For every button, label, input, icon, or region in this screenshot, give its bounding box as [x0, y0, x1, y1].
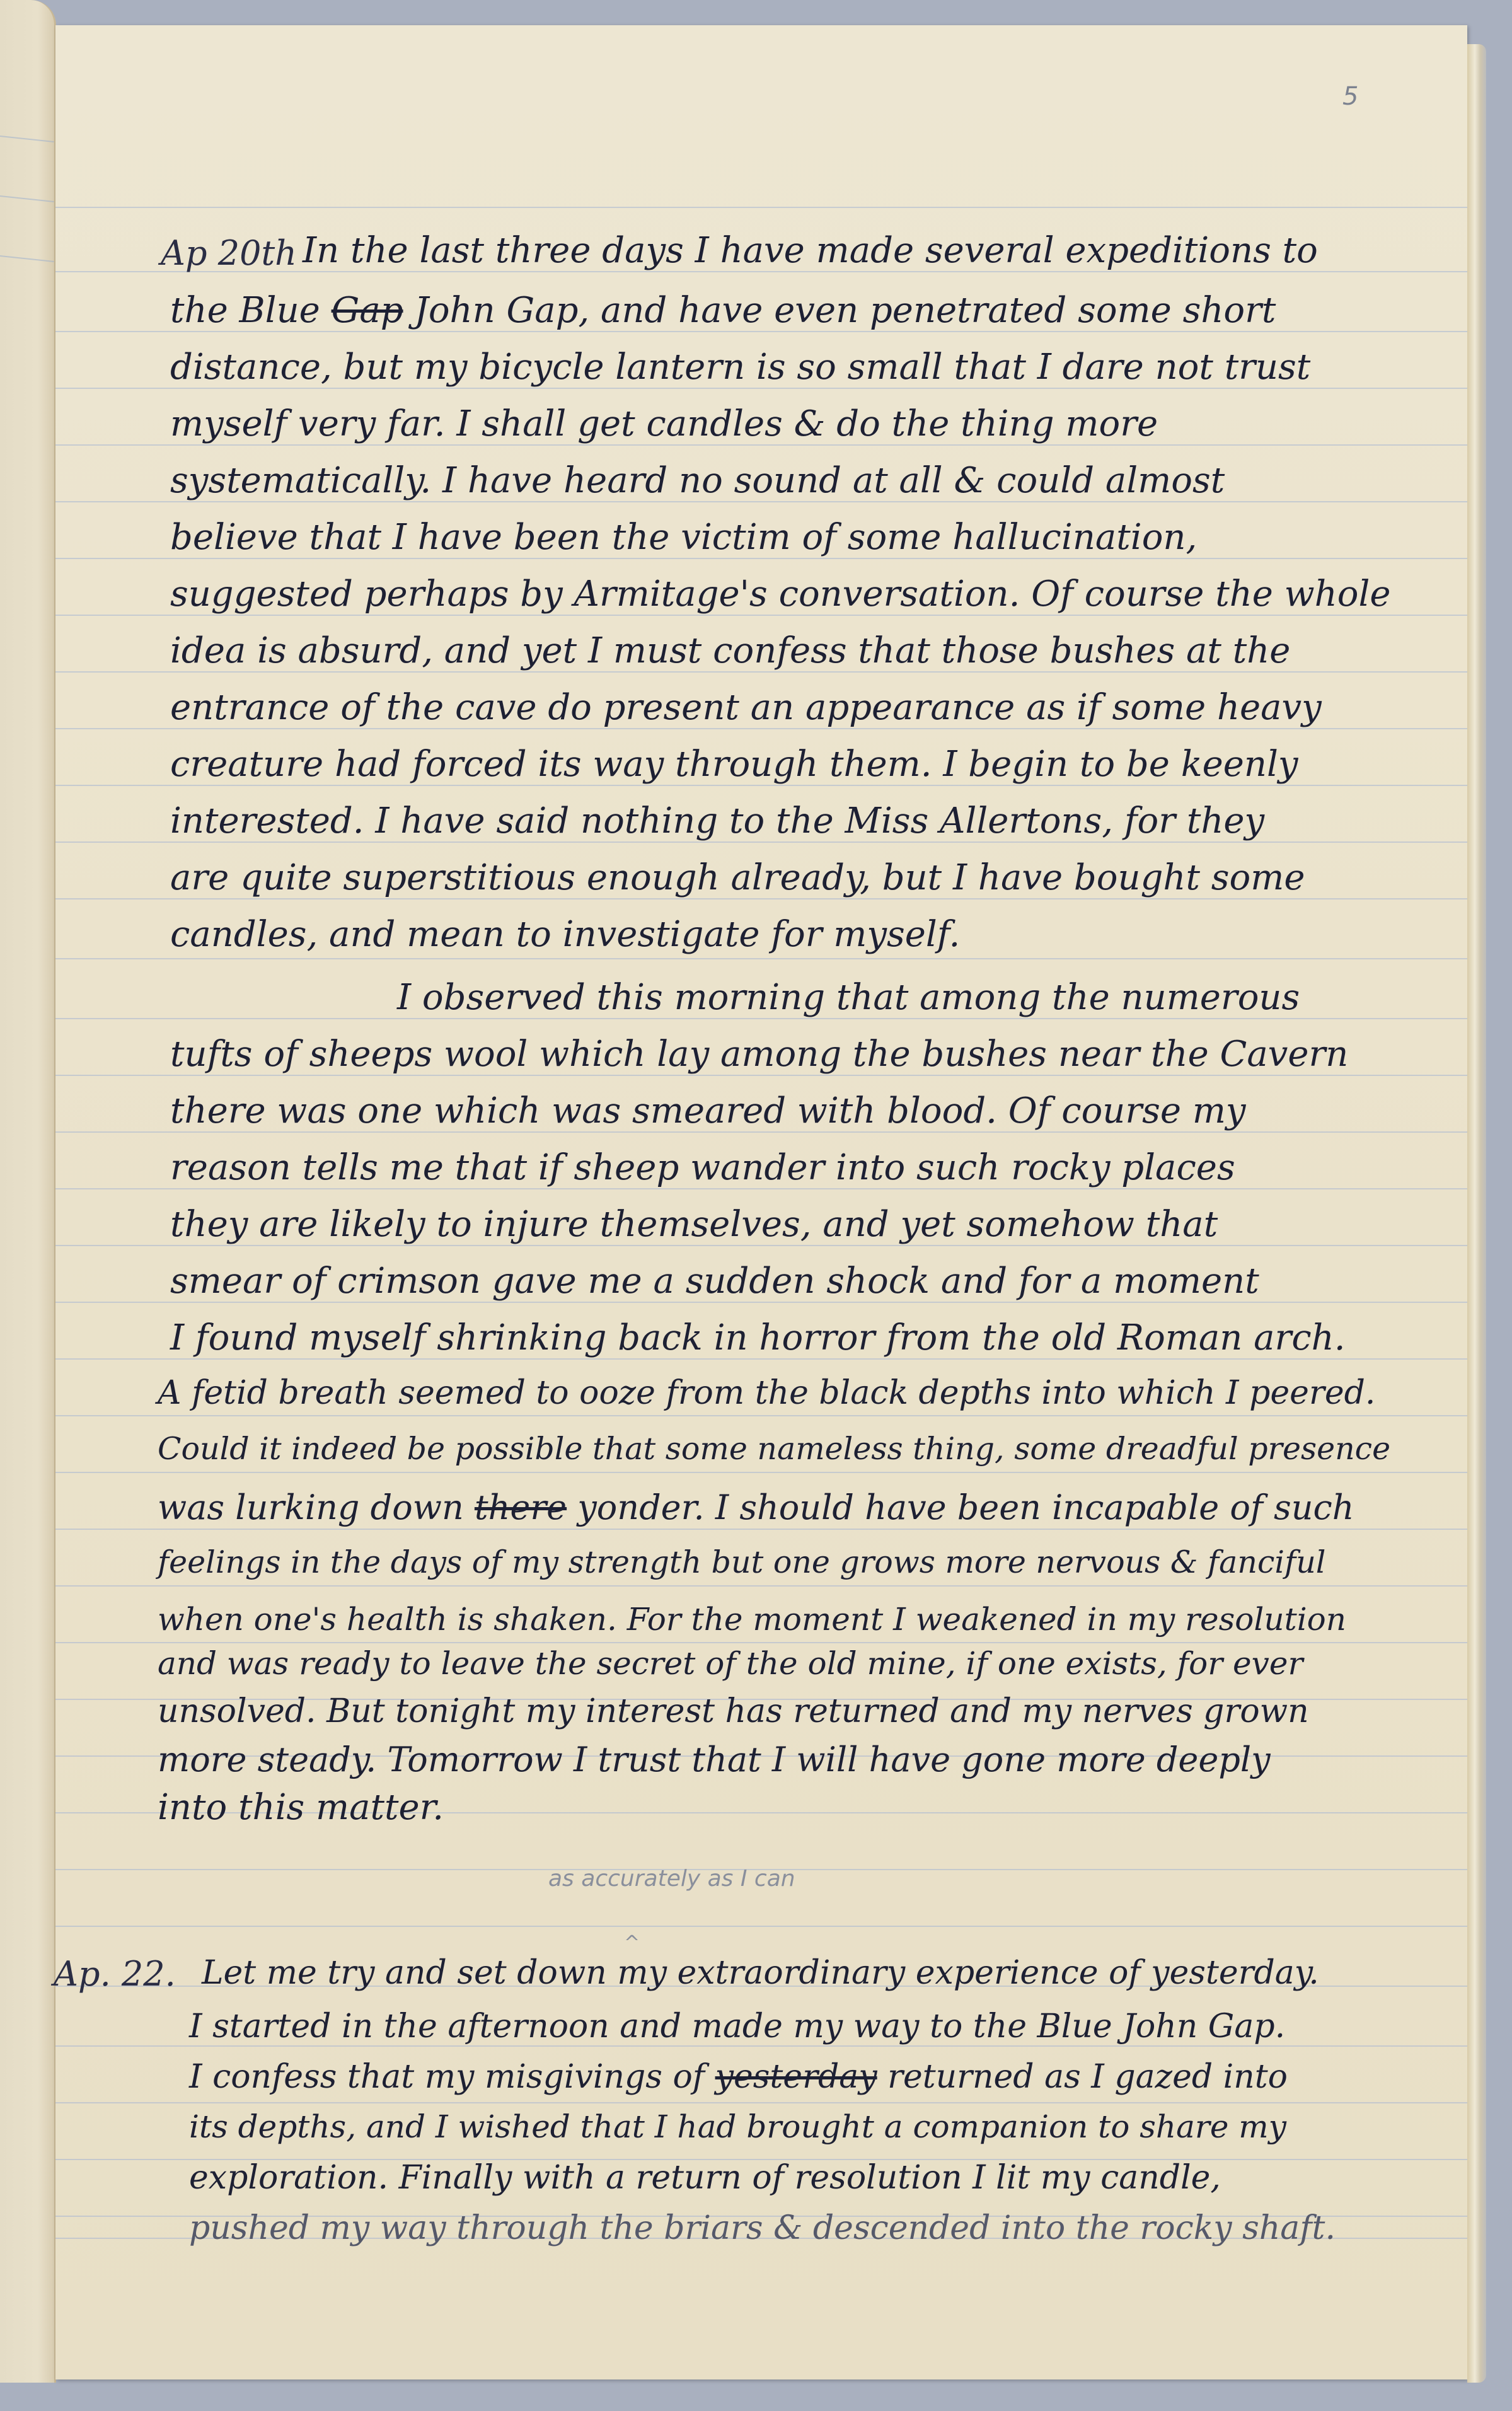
- text-line: I observed this morning that among the n…: [397, 977, 1300, 1018]
- text-line: its depths, and I wished that I had brou…: [189, 2108, 1286, 2145]
- text-line: unsolved. But tonight my interest has re…: [158, 1692, 1309, 1730]
- ruled-line: [55, 898, 1467, 899]
- ruled-line: [55, 1358, 1467, 1360]
- entry-date: Ap. 22.: [54, 1954, 176, 1994]
- text-line: the Blue Gap John Gap, and have even pen…: [170, 290, 1276, 331]
- text-fragment: yonder. I should have been incapable of …: [567, 1488, 1354, 1527]
- text-line: they are likely to injure themselves, an…: [170, 1204, 1218, 1245]
- text-line: there was one which was smeared with blo…: [170, 1090, 1246, 1131]
- text-line: interested. I have said nothing to the M…: [170, 801, 1264, 841]
- text-line: I found myself shrinking back in horror …: [170, 1317, 1346, 1358]
- page-stack-edge: [1467, 44, 1486, 2383]
- ruled-line: [55, 1926, 1467, 1927]
- text-line: creature had forced its way through them…: [170, 744, 1298, 785]
- ruled-line: [55, 1415, 1467, 1416]
- text-line: believe that I have been the victim of s…: [170, 517, 1197, 558]
- text-fragment: I confess that my misgivings of: [189, 2058, 715, 2096]
- insertion-caret: ^: [624, 1932, 640, 1954]
- ruled-line: [55, 841, 1467, 843]
- page-number: 5: [1342, 82, 1358, 111]
- ruled-line: [55, 615, 1467, 616]
- text-line: I confess that my misgivings of yesterda…: [189, 2058, 1288, 2096]
- text-line: and was ready to leave the secret of the…: [158, 1645, 1303, 1682]
- text-line: tufts of sheeps wool which lay among the…: [170, 1034, 1348, 1075]
- text-line: pushed my way through the briars & desce…: [189, 2209, 1336, 2247]
- ruled-line: [55, 1188, 1467, 1189]
- ruled-line: [55, 1245, 1467, 1246]
- text-line: smear of crimson gave me a sudden shock …: [170, 1261, 1259, 1302]
- ruled-line: [55, 558, 1467, 559]
- text-line: systematically. I have heard no sound at…: [170, 460, 1225, 501]
- text-line: Let me try and set down my extraordinary…: [202, 1954, 1319, 1992]
- text-line: candles, and mean to investigate for mys…: [170, 914, 960, 955]
- struck-word: yesterday: [715, 2058, 877, 2096]
- facing-left-page: [0, 0, 56, 2383]
- ruled-line: [55, 1642, 1467, 1643]
- text-line: suggested perhaps by Armitage's conversa…: [170, 574, 1391, 615]
- ruled-line: [0, 195, 54, 202]
- ruled-line: [55, 728, 1467, 729]
- text-line: reason tells me that if sheep wander int…: [170, 1147, 1235, 1188]
- text-line: idea is absurd, and yet I must confess t…: [170, 630, 1290, 671]
- ruled-line: [55, 958, 1467, 959]
- ruled-line: [55, 331, 1467, 332]
- text-line: feelings in the days of my strength but …: [158, 1544, 1325, 1580]
- text-fragment: returned as I gazed into: [877, 2058, 1288, 2096]
- text-line: In the last three days I have made sever…: [303, 230, 1318, 271]
- text-line: entrance of the cave do present an appea…: [170, 687, 1322, 728]
- ruled-line: [55, 1302, 1467, 1303]
- ruled-line: [55, 2045, 1467, 2047]
- text-fragment: John Gap, and have even penetrated some …: [403, 290, 1276, 331]
- ruled-line: [55, 501, 1467, 502]
- text-line: more steady. Tomorrow I trust that I wil…: [158, 1740, 1271, 1779]
- ruled-line: [55, 671, 1467, 673]
- text-fragment: was lurking down: [158, 1488, 475, 1527]
- struck-word: Gap: [332, 290, 403, 331]
- text-line: when one's health is shaken. For the mom…: [158, 1601, 1346, 1638]
- text-line: distance, but my bicycle lantern is so s…: [170, 347, 1310, 388]
- ruled-line: [55, 1131, 1467, 1133]
- text-line: are quite superstitious enough already, …: [170, 857, 1305, 898]
- pencil-insertion: as accurately as I can: [548, 1866, 795, 1892]
- ruled-line: [55, 1472, 1467, 1473]
- ruled-line: [55, 1018, 1467, 1019]
- ruled-line: [55, 1529, 1467, 1530]
- ruled-line: [55, 388, 1467, 389]
- ruled-line: [55, 1075, 1467, 1076]
- ruled-line: [55, 2102, 1467, 2103]
- ruled-line: [0, 136, 54, 142]
- text-line: I started in the afternoon and made my w…: [189, 2008, 1285, 2045]
- text-line: into this matter.: [158, 1787, 444, 1828]
- text-line: myself very far. I shall get candles & d…: [170, 403, 1158, 444]
- ruled-line: [55, 785, 1467, 786]
- text-line: was lurking down there yonder. I should …: [158, 1488, 1354, 1527]
- struck-word: there: [475, 1488, 567, 1527]
- text-line: A fetid breath seemed to ooze from the b…: [158, 1374, 1375, 1412]
- ruled-line: [55, 444, 1467, 446]
- entry-date: Ap 20th: [161, 233, 297, 273]
- text-fragment: the Blue: [170, 290, 332, 331]
- ruled-line: [0, 255, 54, 262]
- ruled-line: [55, 1585, 1467, 1587]
- ruled-line: [55, 207, 1467, 208]
- text-line: Could it indeed be possible that some na…: [158, 1431, 1390, 1467]
- text-line: exploration. Finally with a return of re…: [189, 2159, 1221, 2197]
